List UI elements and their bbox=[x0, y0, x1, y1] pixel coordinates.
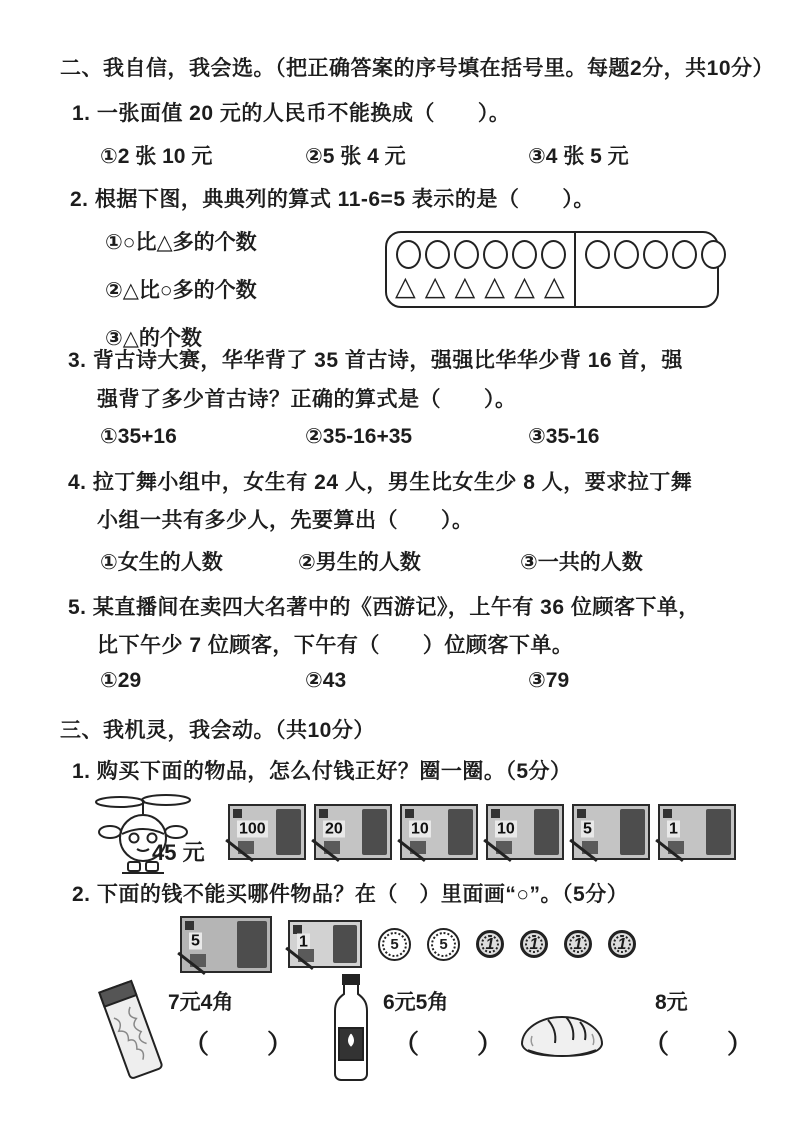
s3-q2-text: 2. 下面的钱不能买哪件物品？在（ ）里面画“○”。（5分） bbox=[72, 878, 628, 908]
q3-line2: 强背了多少首古诗？正确的算式是（ ）。 bbox=[97, 383, 517, 413]
triangle-shape: △ bbox=[395, 271, 416, 301]
exam-paper-page: 二、我自信，我会选。（把正确答案的序号填在括号里。每题2分，共10分） 1. 一… bbox=[0, 0, 793, 1121]
banknote-5: 5 bbox=[572, 804, 650, 860]
q5-option-1: ①29 bbox=[100, 668, 141, 693]
item1-price: 7元4角 bbox=[168, 986, 233, 1016]
banknote-5: 5 bbox=[180, 916, 272, 973]
circle-shape bbox=[701, 240, 726, 269]
q4-option-2: ②男生的人数 bbox=[298, 546, 421, 576]
diagram-left-circles bbox=[396, 240, 566, 269]
note-denomination: 20 bbox=[323, 821, 345, 838]
q5-option-3: ③79 bbox=[528, 668, 569, 693]
diagram-divider bbox=[574, 233, 576, 306]
banknote-10: 10 bbox=[486, 804, 564, 860]
q2-text: 2. 根据下图，典典列的算式 11-6=5 表示的是（ ）。 bbox=[70, 183, 595, 213]
emblem-icon bbox=[233, 809, 242, 818]
coin-denomination: 1 bbox=[486, 937, 495, 952]
circles-triangles-diagram: △△△△△△ bbox=[385, 231, 719, 308]
q1-option-3: ③4 张 5 元 bbox=[528, 140, 629, 170]
emblem-icon bbox=[663, 809, 672, 818]
coin-denomination: 1 bbox=[574, 937, 583, 952]
item2-price: 6元5角 bbox=[383, 986, 448, 1016]
q1-options-row: ①2 张 10 元 ②5 张 4 元 ③4 张 5 元 bbox=[0, 140, 793, 170]
q4-line2: 小组一共有多少人，先要算出（ ）。 bbox=[97, 504, 474, 534]
banknote-1: 1 bbox=[658, 804, 736, 860]
q4-option-3: ③一共的人数 bbox=[520, 546, 643, 576]
note-denomination: 100 bbox=[237, 821, 268, 838]
emblem-icon bbox=[319, 809, 328, 818]
q5-options-row: ①29 ②43 ③79 bbox=[0, 668, 793, 698]
q3-option-2: ②35-16+35 bbox=[305, 424, 412, 449]
portrait-icon bbox=[706, 809, 731, 855]
emblem-icon bbox=[185, 921, 194, 930]
item1-answer-bracket: （ ） bbox=[183, 1024, 295, 1061]
payment-notes-row: 10020101051 bbox=[228, 804, 736, 860]
portrait-icon bbox=[448, 809, 473, 855]
section2-heading: 二、我自信，我会选。（把正确答案的序号填在括号里。每题2分，共10分） bbox=[60, 52, 774, 82]
portrait-icon bbox=[620, 809, 645, 855]
coin-5: 5 bbox=[378, 928, 411, 961]
coin-1: 1 bbox=[520, 930, 548, 958]
item3-price: 8元 bbox=[655, 986, 688, 1016]
note-denomination: 10 bbox=[409, 821, 431, 838]
note-denomination: 5 bbox=[189, 933, 202, 950]
emblem-icon bbox=[577, 809, 586, 818]
q1-text: 1. 一张面值 20 元的人民币不能换成（ ）。 bbox=[72, 97, 510, 127]
section3-heading: 三、我机灵，我会动。（共10分） bbox=[60, 714, 375, 744]
circle-shape bbox=[672, 240, 697, 269]
triangle-shape: △ bbox=[544, 271, 565, 301]
q5-line1: 5. 某直播间在卖四大名著中的《西游记》，上午有 36 位顾客下单， bbox=[68, 591, 700, 621]
q3-line1: 3. 背古诗大赛，华华背了 35 首古诗，强强比华华少背 16 首，强 bbox=[68, 344, 683, 374]
toy-price-label: 45 元 bbox=[152, 836, 205, 867]
coin-denomination: 1 bbox=[530, 937, 539, 952]
snack-pack-image bbox=[86, 978, 176, 1083]
banknote-1: 1 bbox=[288, 920, 362, 968]
coin-denomination: 5 bbox=[439, 937, 447, 952]
q2-option-2: ②△比○多的个数 bbox=[105, 274, 257, 304]
circle-shape bbox=[396, 240, 421, 269]
q5-option-2: ②43 bbox=[305, 668, 346, 693]
q1-option-1: ①2 张 10 元 bbox=[100, 140, 212, 170]
coin-5: 5 bbox=[427, 928, 460, 961]
q4-line1: 4. 拉丁舞小组中，女生有 24 人，男生比女生少 8 人，要求拉丁舞 bbox=[68, 466, 692, 496]
emblem-icon bbox=[491, 809, 500, 818]
q4-option-1: ①女生的人数 bbox=[100, 546, 223, 576]
circle-shape bbox=[425, 240, 450, 269]
q4-options-row: ①女生的人数 ②男生的人数 ③一共的人数 bbox=[0, 546, 793, 576]
q1-option-2: ②5 张 4 元 bbox=[305, 140, 406, 170]
note-denomination: 5 bbox=[581, 821, 594, 838]
bread-image bbox=[514, 998, 610, 1068]
coin-denomination: 1 bbox=[618, 937, 627, 952]
circle-shape bbox=[483, 240, 508, 269]
q3-options-row: ①35+16 ②35-16+35 ③35-16 bbox=[0, 424, 793, 454]
milk-bottle-image bbox=[328, 972, 374, 1084]
q2-option-1: ①○比△多的个数 bbox=[105, 226, 257, 256]
portrait-icon bbox=[534, 809, 559, 855]
coin-1: 1 bbox=[608, 930, 636, 958]
portrait-icon bbox=[333, 925, 357, 963]
banknote-100: 100 bbox=[228, 804, 306, 860]
portrait-icon bbox=[276, 809, 301, 855]
q2-money-row: 51551111 bbox=[180, 914, 636, 974]
circle-shape bbox=[643, 240, 668, 269]
diagram-left-triangles: △△△△△△ bbox=[395, 271, 565, 301]
coin-1: 1 bbox=[564, 930, 592, 958]
triangle-shape: △ bbox=[425, 271, 446, 301]
circle-shape bbox=[512, 240, 537, 269]
item2-answer-bracket: （ ） bbox=[393, 1024, 505, 1061]
coin-denomination: 5 bbox=[390, 937, 398, 952]
circle-shape bbox=[454, 240, 479, 269]
triangle-shape: △ bbox=[484, 271, 505, 301]
banknote-10: 10 bbox=[400, 804, 478, 860]
diagram-right-circles bbox=[585, 240, 726, 269]
portrait-icon bbox=[237, 921, 267, 968]
item3-answer-bracket: （ ） bbox=[643, 1024, 755, 1061]
circle-shape bbox=[585, 240, 610, 269]
triangle-shape: △ bbox=[455, 271, 476, 301]
banknote-20: 20 bbox=[314, 804, 392, 860]
emblem-icon bbox=[405, 809, 414, 818]
triangle-shape: △ bbox=[514, 271, 535, 301]
note-denomination: 1 bbox=[667, 821, 680, 838]
s3-q1-text: 1. 购买下面的物品，怎么付钱正好？圈一圈。（5分） bbox=[72, 755, 572, 785]
q3-option-3: ③35-16 bbox=[528, 424, 600, 449]
q5-line2: 比下午少 7 位顾客，下午有（ ）位顾客下单。 bbox=[97, 629, 573, 659]
circle-shape bbox=[614, 240, 639, 269]
circle-shape bbox=[541, 240, 566, 269]
portrait-icon bbox=[362, 809, 387, 855]
q3-option-1: ①35+16 bbox=[100, 424, 177, 449]
note-denomination: 10 bbox=[495, 821, 517, 838]
note-denomination: 1 bbox=[297, 933, 310, 950]
coin-1: 1 bbox=[476, 930, 504, 958]
